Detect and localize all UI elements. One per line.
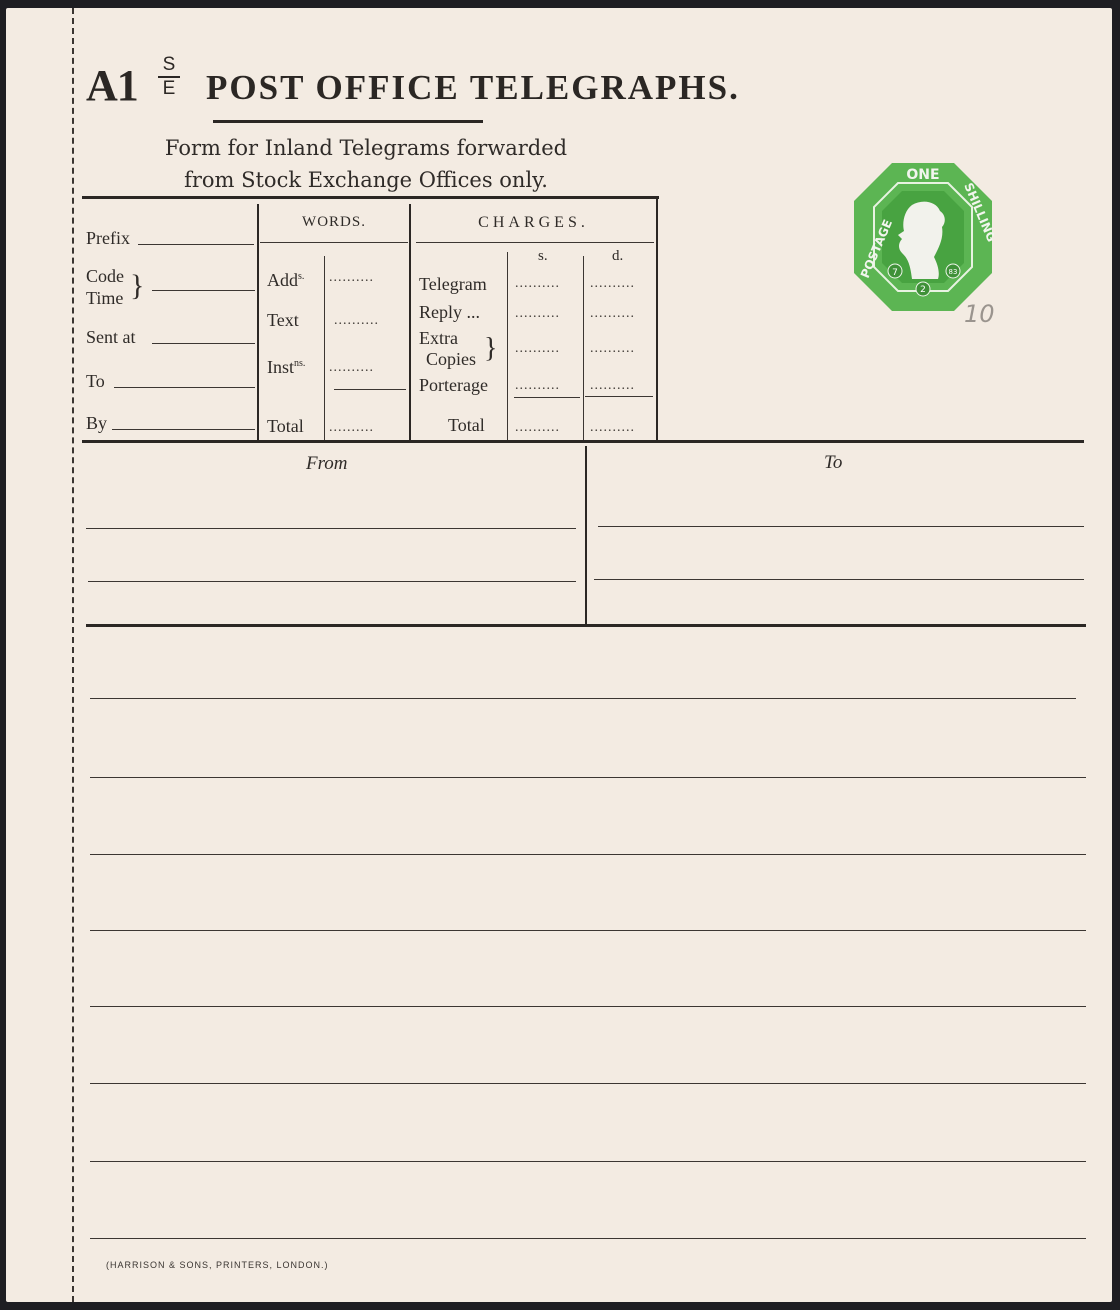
by-label: By — [86, 413, 107, 434]
stamp-top-text: ONE — [906, 167, 939, 183]
to-field[interactable] — [114, 387, 255, 388]
subtitle: Form for Inland Telegrams forwarded from… — [106, 132, 626, 196]
code-sub: E — [158, 78, 180, 100]
code-label: Code — [86, 266, 124, 287]
charge-total-s[interactable]: .......... — [515, 420, 560, 436]
words-inst-label: Instns. — [267, 357, 305, 378]
charge-extra-s[interactable]: .......... — [515, 341, 560, 357]
charge-extra-d[interactable]: .......... — [590, 341, 635, 357]
subtitle-line-2: from Stock Exchange Offices only. — [106, 164, 626, 196]
sent-at-label: Sent at — [86, 327, 136, 348]
charge-reply-d[interactable]: .......... — [590, 306, 635, 322]
by-field[interactable] — [112, 429, 255, 430]
title-rule — [213, 120, 483, 123]
charges-header: CHARGES. — [411, 214, 656, 232]
from-line-2[interactable] — [88, 581, 576, 582]
charge-extra-label: Extra — [419, 328, 458, 349]
words-header-rule — [260, 242, 408, 243]
form-code: A1 — [86, 60, 138, 111]
address-divider — [585, 446, 587, 626]
words-inner-divider — [324, 256, 325, 442]
words-adds-field[interactable]: .......... — [329, 270, 374, 286]
message-line-2[interactable] — [90, 777, 1086, 778]
charge-porterage-label: Porterage — [419, 375, 488, 396]
telegram-form: A1 S E POST OFFICE TELEGRAPHS. Form for … — [6, 8, 1112, 1302]
charge-porterage-d[interactable]: .......... — [590, 378, 635, 394]
charge-copies-label: Copies — [426, 349, 476, 370]
charges-sum-rule-s — [514, 397, 580, 398]
charges-sum-rule-d — [585, 396, 653, 397]
charge-telegram-label: Telegram — [419, 274, 487, 295]
time-label: Time — [86, 288, 123, 309]
charge-porterage-s[interactable]: .......... — [515, 378, 560, 394]
words-total-label: Total — [267, 416, 304, 437]
message-line-6[interactable] — [90, 1083, 1086, 1084]
code-super: S — [158, 54, 180, 76]
to-address-label: To — [824, 452, 842, 474]
charge-telegram-s[interactable]: .......... — [515, 276, 560, 292]
words-inst-field[interactable]: .......... — [329, 360, 374, 376]
embossed-stamp: ONE POSTAGE SHILLING 7 83 2 — [852, 161, 994, 313]
from-line-1[interactable] — [86, 528, 576, 529]
svg-text:2: 2 — [920, 285, 926, 295]
to-label: To — [86, 371, 105, 392]
charges-sd-divider — [583, 256, 584, 442]
pencil-note: 10 — [964, 300, 995, 328]
form-code-fraction: S E — [158, 54, 180, 100]
message-line-4[interactable] — [90, 930, 1086, 931]
message-line-1[interactable] — [90, 698, 1076, 699]
charge-reply-label: Reply ... — [419, 302, 480, 323]
svg-text:7: 7 — [892, 268, 898, 278]
brace: } — [130, 266, 144, 306]
col-d-label: d. — [612, 248, 623, 265]
prefix-label: Prefix — [86, 228, 130, 249]
charge-total-label: Total — [448, 415, 485, 436]
words-text-label: Text — [267, 310, 299, 331]
from-label: From — [306, 453, 348, 475]
code-time-field[interactable] — [152, 290, 255, 291]
svg-text:83: 83 — [949, 268, 958, 276]
printer-imprint: (HARRISON & SONS, PRINTERS, LONDON.) — [106, 1260, 329, 1270]
charges-header-rule — [416, 242, 654, 243]
message-line-3[interactable] — [90, 854, 1086, 855]
charges-label-divider — [507, 252, 508, 442]
perforation-line — [72, 8, 74, 1302]
charge-total-d[interactable]: .......... — [590, 420, 635, 436]
message-line-5[interactable] — [90, 1006, 1086, 1007]
address-top-rule — [82, 440, 1084, 443]
charge-reply-s[interactable]: .......... — [515, 306, 560, 322]
col-divider-2 — [409, 204, 411, 442]
table-right-border — [656, 196, 658, 442]
subtitle-line-1: Form for Inland Telegrams forwarded — [106, 132, 626, 164]
sent-at-field[interactable] — [152, 343, 255, 344]
address-bottom-rule — [86, 624, 1086, 627]
charge-telegram-d[interactable]: .......... — [590, 276, 635, 292]
page-title: POST OFFICE TELEGRAPHS. — [206, 68, 740, 108]
to-line-2[interactable] — [594, 579, 1084, 580]
words-adds-label: Adds. — [267, 270, 304, 291]
message-line-8[interactable] — [90, 1238, 1086, 1239]
col-s-label: s. — [538, 248, 548, 265]
words-header: WORDS. — [259, 214, 409, 231]
table-top-rule — [82, 196, 659, 199]
words-total-field[interactable]: .......... — [329, 420, 374, 436]
brace: } — [484, 330, 497, 368]
prefix-field[interactable] — [138, 244, 254, 245]
message-line-7[interactable] — [90, 1161, 1086, 1162]
words-text-field[interactable]: .......... — [334, 313, 379, 329]
col-divider-1 — [257, 204, 259, 442]
words-sum-rule — [334, 389, 406, 390]
to-line-1[interactable] — [598, 526, 1084, 527]
